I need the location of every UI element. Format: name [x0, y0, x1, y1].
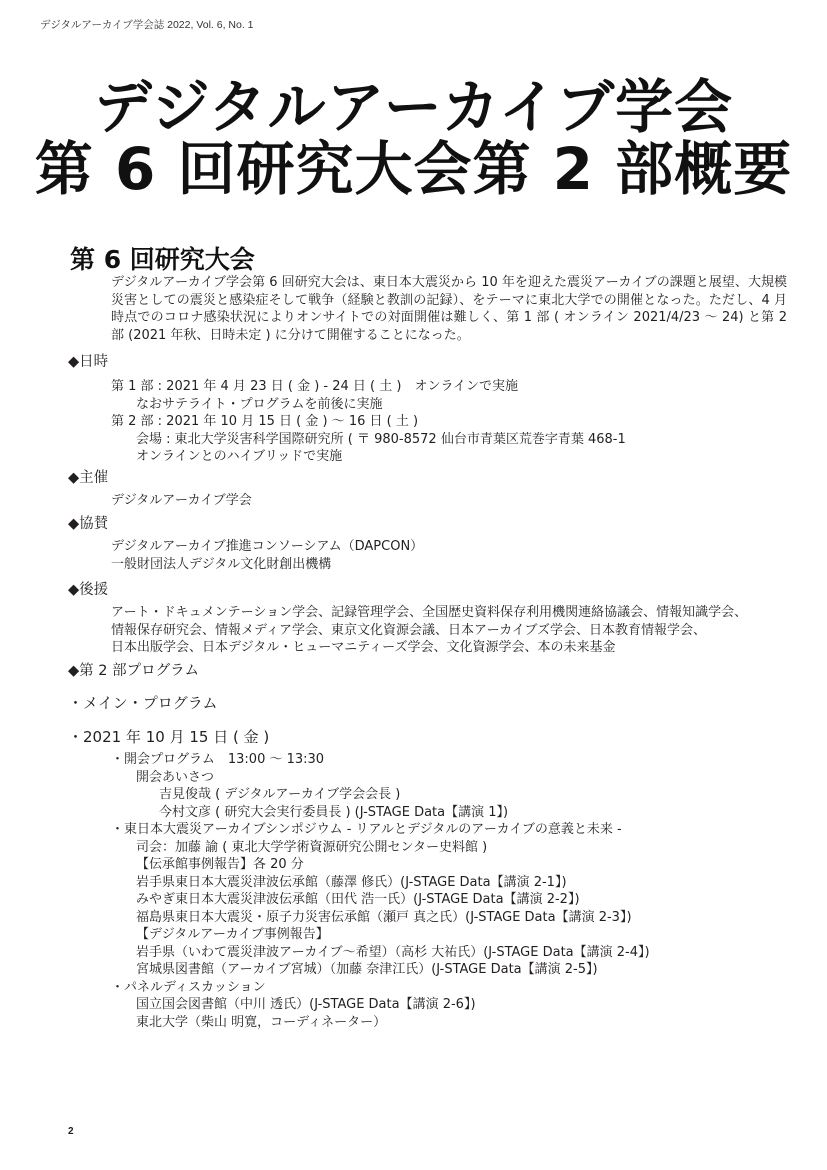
title-line-1: デジタルアーカイブ学会 — [0, 76, 827, 138]
supporters-line: 情報保存研究会、情報メディア学会、東京文化資源会議、日本アーカイブズ学会、日本教… — [68, 622, 747, 640]
program-heading: ◆第 2 部プログラム — [68, 661, 650, 681]
supporters-line: 日本出版学会、日本デジタル・ヒューマニティーズ学会、文化資源学会、本の未来基金 — [68, 639, 747, 657]
schedule-line: 第 2 部 : 2021 年 10 月 15 日 ( 金 ) ～ 16 日 ( … — [68, 413, 626, 431]
program-line: 福島県東日本大震災・原子力災害伝承館（瀬戸 真之氏）(J-STAGE Data【… — [68, 909, 650, 927]
cosponsor-line: デジタルアーカイブ推進コンソーシアム（DAPCON） — [68, 538, 423, 556]
cosponsor-heading: ◆協賛 — [68, 514, 423, 534]
intro-paragraph: デジタルアーカイブ学会第 6 回研究大会は、東日本大震災から 10 年を迎えた震… — [111, 274, 787, 344]
program-line: 岩手県東日本大震災津波伝承館（藤澤 修氏）(J-STAGE Data【講演 2-… — [68, 874, 650, 892]
organizer-heading: ◆主催 — [68, 468, 252, 488]
supporters-heading: ◆後援 — [68, 580, 747, 600]
program-line: 【伝承館事例報告】各 20 分 — [68, 856, 650, 874]
supporters-line: アート・ドキュメンテーション学会、記録管理学会、全国歴史資料保存利用機関連絡協議… — [68, 604, 747, 622]
organizer-line: デジタルアーカイブ学会 — [68, 492, 252, 510]
schedule-heading: ◆日時 — [68, 352, 626, 372]
section-heading: 第 6 回研究大会 — [70, 240, 255, 276]
schedule-line: 第 1 部 : 2021 年 4 月 23 日 ( 金 ) - 24 日 ( 土… — [68, 378, 626, 396]
schedule-section: ◆日時 第 1 部 : 2021 年 4 月 23 日 ( 金 ) - 24 日… — [68, 352, 626, 466]
program-line: 今村文彦 ( 研究大会実行委員長 ) (J-STAGE Data【講演 1】) — [68, 804, 650, 822]
title-line-2: 第 6 回研究大会第 2 部概要 — [0, 138, 827, 200]
program-line: 東北大学（柴山 明寛，コーディネーター） — [68, 1014, 650, 1032]
program-line: 岩手県（いわて震災津波アーカイブ～希望）（高杉 大祐氏）(J-STAGE Dat… — [68, 944, 650, 962]
program-line: 司会：加藤 諭 ( 東北大学学術資源研究公開センター史料館 ) — [68, 839, 650, 857]
cosponsor-section: ◆協賛 デジタルアーカイブ推進コンソーシアム（DAPCON） 一般財団法人デジタ… — [68, 514, 423, 573]
organizer-section: ◆主催 デジタルアーカイブ学会 — [68, 468, 252, 510]
schedule-line: オンラインとのハイブリッドで実施 — [68, 448, 626, 466]
program-line: ・パネルディスカッション — [68, 979, 650, 997]
supporters-section: ◆後援 アート・ドキュメンテーション学会、記録管理学会、全国歴史資料保存利用機関… — [68, 580, 747, 657]
program-line: 開会あいさつ — [68, 769, 650, 787]
page-title: デジタルアーカイブ学会 第 6 回研究大会第 2 部概要 — [0, 76, 827, 200]
running-head: デジタルアーカイブ学会誌 2022, Vol. 6, No. 1 — [40, 17, 254, 32]
program-line: 吉見俊哉 ( デジタルアーカイブ学会会長 ) — [68, 786, 650, 804]
schedule-line: 会場 : 東北大学災害科学国際研究所 ( 〒 980-8572 仙台市青葉区荒巻… — [68, 431, 626, 449]
program-main-label: ・メイン・プログラム — [68, 693, 650, 713]
program-line: ・開会プログラム 13:00 ～ 13:30 — [68, 751, 650, 769]
program-line: みやぎ東日本大震災津波伝承館（田代 浩一氏）(J-STAGE Data【講演 2… — [68, 891, 650, 909]
schedule-line: なおサテライト・プログラムを前後に実施 — [68, 396, 626, 414]
program-line: 【デジタルアーカイブ事例報告】 — [68, 926, 650, 944]
page-number: 2 — [68, 1126, 74, 1137]
program-line: 国立国会図書館（中川 透氏）(J-STAGE Data【講演 2-6】) — [68, 996, 650, 1014]
program-section: ◆第 2 部プログラム ・メイン・プログラム ・2021 年 10 月 15 日… — [68, 661, 650, 1031]
program-line: ・東日本大震災アーカイブシンポジウム - リアルとデジタルのアーカイブの意義と未… — [68, 821, 650, 839]
cosponsor-line: 一般財団法人デジタル文化財創出機構 — [68, 556, 423, 574]
program-line: 宮城県図書館（アーカイブ宮城）（加藤 奈津江氏）(J-STAGE Data【講演… — [68, 961, 650, 979]
program-date-label: ・2021 年 10 月 15 日 ( 金 ) — [68, 727, 650, 747]
